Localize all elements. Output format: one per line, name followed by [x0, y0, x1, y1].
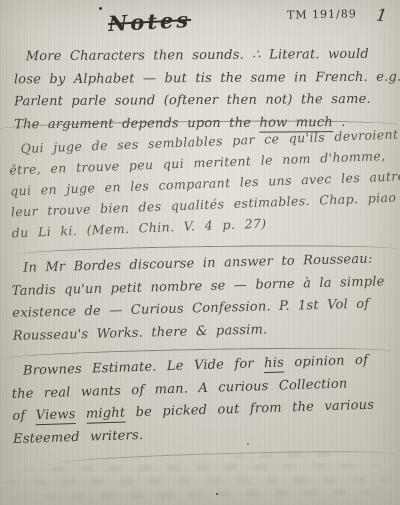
ink-speck	[99, 7, 102, 10]
paragraph-french-quotation: Qui juge de ses semblables par ce qu'ils…	[8, 124, 400, 244]
manuscript-page: Notes TM 191/89 1 More Characters then s…	[0, 0, 400, 505]
page-number: 1	[375, 5, 389, 26]
manuscript-line: lose by Alphabet — but tis the same in F…	[14, 66, 394, 91]
ink-bleed-through	[4, 476, 392, 487]
ink-speck	[216, 493, 218, 495]
archive-reference: TM 191/89	[287, 7, 357, 21]
ink-bleed-through	[22, 462, 382, 473]
paragraph-brownes-estimate: Brownes Estimate. Le Vide for his opinio…	[11, 349, 398, 451]
paragraph-bordes-rousseau: In Mr Bordes discourse in answer to Rous…	[11, 248, 397, 348]
ink-bleed-through	[14, 488, 374, 501]
manuscript-line: Parlent parle sound (oftener then not) t…	[14, 89, 394, 114]
ink-speck	[247, 443, 249, 445]
page-title: Notes	[107, 7, 191, 36]
manuscript-line: More Characters then sounds. ∴ Literat. …	[14, 44, 394, 69]
